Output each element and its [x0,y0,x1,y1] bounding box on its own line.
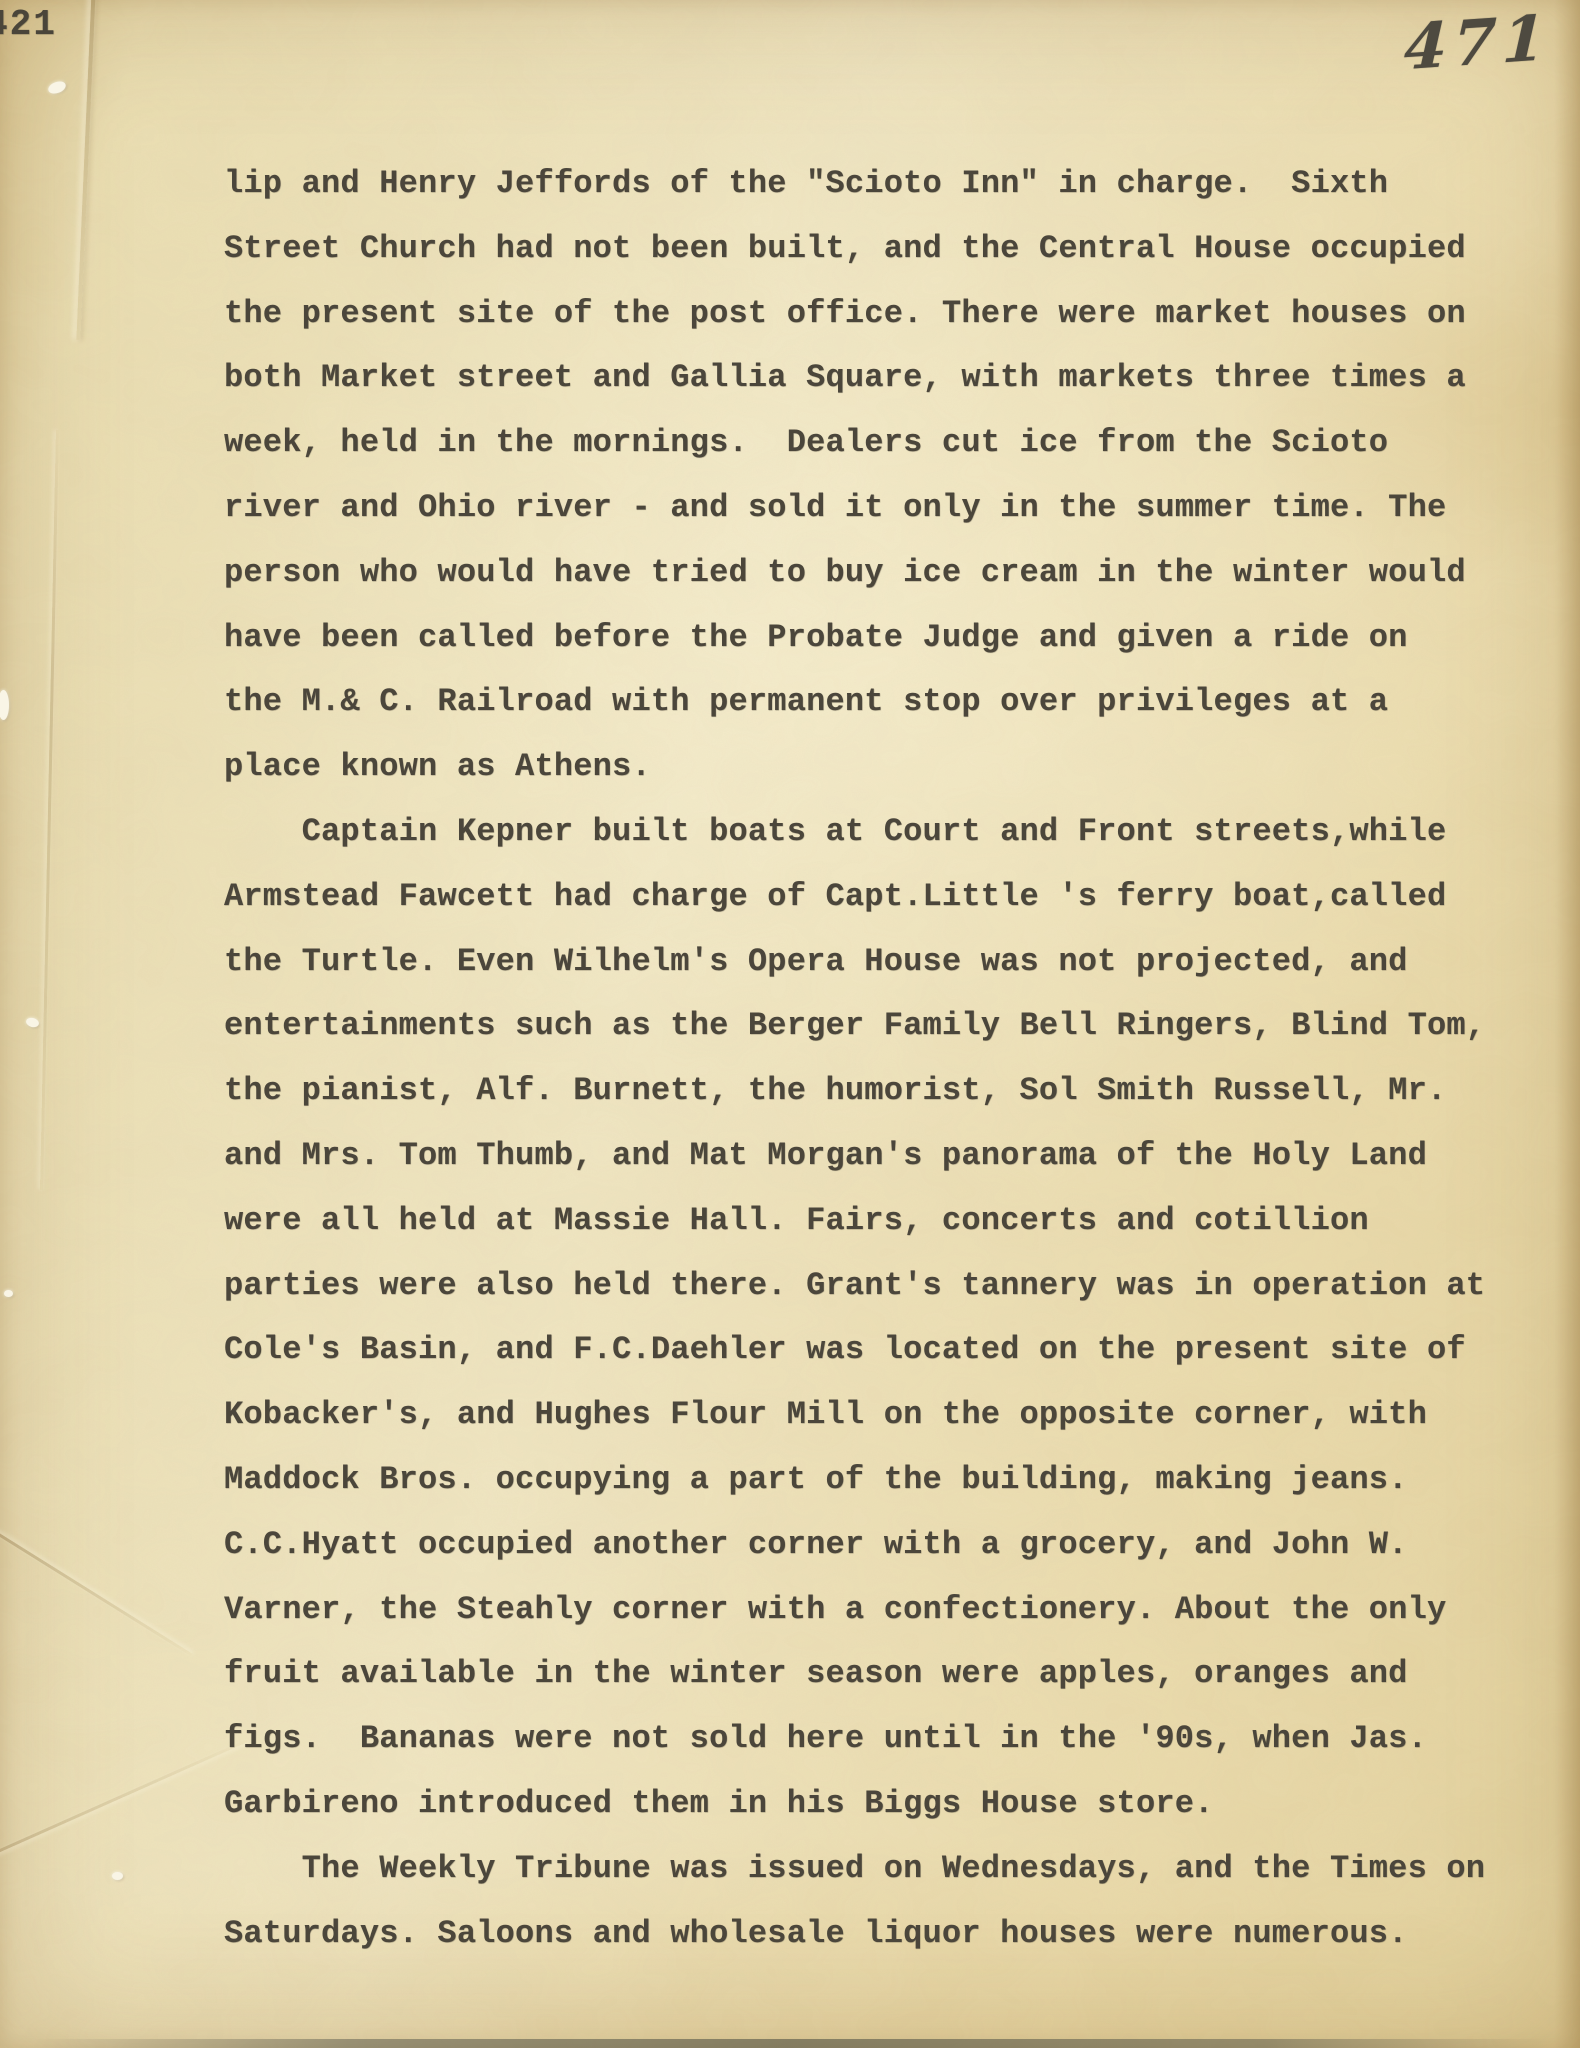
text-line: week, held in the mornings. Dealers cut … [224,411,1544,476]
text-line: the pianist, Alf. Burnett, the humorist,… [224,1059,1544,1124]
text-line: C.C.Hyatt occupied another corner with a… [224,1513,1544,1578]
text-line: have been called before the Probate Judg… [224,606,1544,671]
text-line: place known as Athens. [224,735,1544,800]
paper-crease [40,430,59,1190]
page-edge-shading [1554,0,1580,2048]
text-line: Armstead Fawcett had charge of Capt.Litt… [224,865,1544,930]
scanned-typewritten-page: 421 471 lip and Henry Jeffords of the "S… [0,0,1580,2048]
text-line: fruit available in the winter season wer… [224,1642,1544,1707]
text-line: Captain Kepner built boats at Court and … [224,800,1544,865]
text-line: lip and Henry Jeffords of the "Scioto In… [224,152,1544,217]
text-line: figs. Bananas were not sold here until i… [224,1707,1544,1772]
text-line: river and Ohio river - and sold it only … [224,476,1544,541]
text-line: Saturdays. Saloons and wholesale liquor … [224,1902,1544,1967]
text-line: Garbireno introduced them in his Biggs H… [224,1772,1544,1837]
text-line: and Mrs. Tom Thumb, and Mat Morgan's pan… [224,1124,1544,1189]
text-line: Cole's Basin, and F.C.Daehler was locate… [224,1318,1544,1383]
typewritten-body: lip and Henry Jeffords of the "Scioto In… [224,152,1544,1966]
paper-wrinkle [0,1527,193,1657]
text-line: were all held at Massie Hall. Fairs, con… [224,1189,1544,1254]
paper-wrinkle [0,1739,248,1864]
text-line: both Market street and Gallia Square, wi… [224,346,1544,411]
paper-chip [25,1016,40,1028]
paper-chip [0,690,9,720]
text-line: person who would have tried to buy ice c… [224,541,1544,606]
text-line: Kobacker's, and Hughes Flour Mill on the… [224,1383,1544,1448]
text-line: Maddock Bros. occupying a part of the bu… [224,1448,1544,1513]
text-line: parties were also held there. Grant's ta… [224,1254,1544,1319]
text-line: The Weekly Tribune was issued on Wednesd… [224,1837,1544,1902]
text-line: the present site of the post office. The… [224,282,1544,347]
paper-chip [4,1290,13,1297]
text-line: the Turtle. Even Wilhelm's Opera House w… [224,930,1544,995]
text-line: the M.& C. Railroad with permanent stop … [224,670,1544,735]
text-line: Street Church had not been built, and th… [224,217,1544,282]
paper-crease [76,0,95,340]
text-line: Varner, the Steahly corner with a confec… [224,1578,1544,1643]
paper-chip [112,1872,123,1880]
text-line: entertainments such as the Berger Family… [224,994,1544,1059]
handwritten-page-number: 471 [1403,1,1553,85]
typed-page-number: 421 [0,4,57,45]
paper-chip [47,79,68,95]
scan-bottom-edge [0,2039,1580,2048]
